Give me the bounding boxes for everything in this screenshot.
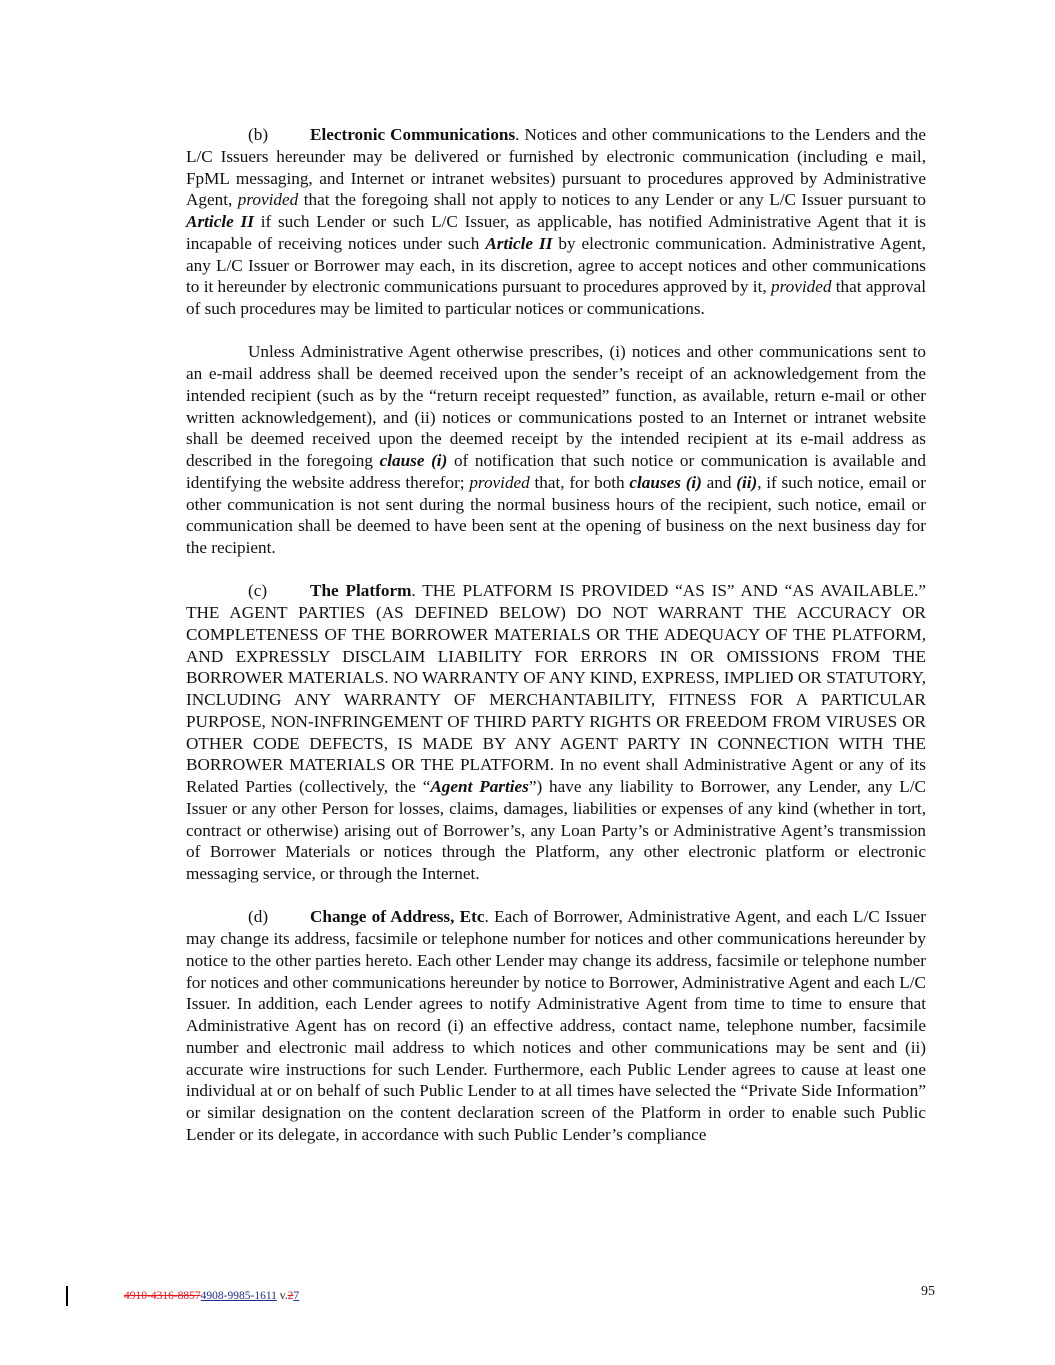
run: Change of Address, Etc [310,907,485,926]
clause-reference: (ii) [736,473,757,492]
inserted-doc-id: 4908-9985-1611 [201,1290,277,1302]
run: . Each of Borrower, Administrative Agent… [186,907,926,1144]
run: provided [469,473,529,492]
deleted-doc-id: 4910-4316-8857 [124,1290,201,1302]
run: The Platform [310,581,411,600]
article-reference: Article II [485,234,552,253]
run: . THE PLATFORM IS PROVIDED “AS IS” AND “… [186,581,926,796]
document-body: (b)Electronic Communications. Notices an… [186,124,926,1167]
run: and [702,473,736,492]
clause-reference: clauses (i) [629,473,702,492]
footer-document-id: 4910-4316-88574908-9985-1611 v.27 [124,1290,299,1302]
document-page: (b)Electronic Communications. Notices an… [0,0,1055,1365]
change-bar [66,1286,68,1306]
article-reference: Article II [186,212,254,231]
paragraph-c-the-platform: (c)The Platform. THE PLATFORM IS PROVIDE… [186,580,926,885]
version-prefix: v. [277,1290,288,1302]
clause-reference: clause (i) [380,451,448,470]
section-label: (b) [248,124,310,146]
run: provided [771,277,831,296]
inserted-version: 7 [293,1290,299,1302]
run: Electronic Communications [310,125,515,144]
run: provided [238,190,298,209]
defined-term: Agent Parties [430,777,529,796]
paragraph-b-electronic-communications: (b)Electronic Communications. Notices an… [186,124,926,320]
run: that, for both [530,473,630,492]
section-label: (d) [248,906,310,928]
paragraph-unless-prescribed: Unless Administrative Agent otherwise pr… [186,341,926,559]
run: that the foregoing shall not apply to no… [298,190,926,209]
page-number: 95 [921,1284,935,1300]
section-label: (c) [248,580,310,602]
paragraph-d-change-of-address: (d)Change of Address, Etc. Each of Borro… [186,906,926,1145]
